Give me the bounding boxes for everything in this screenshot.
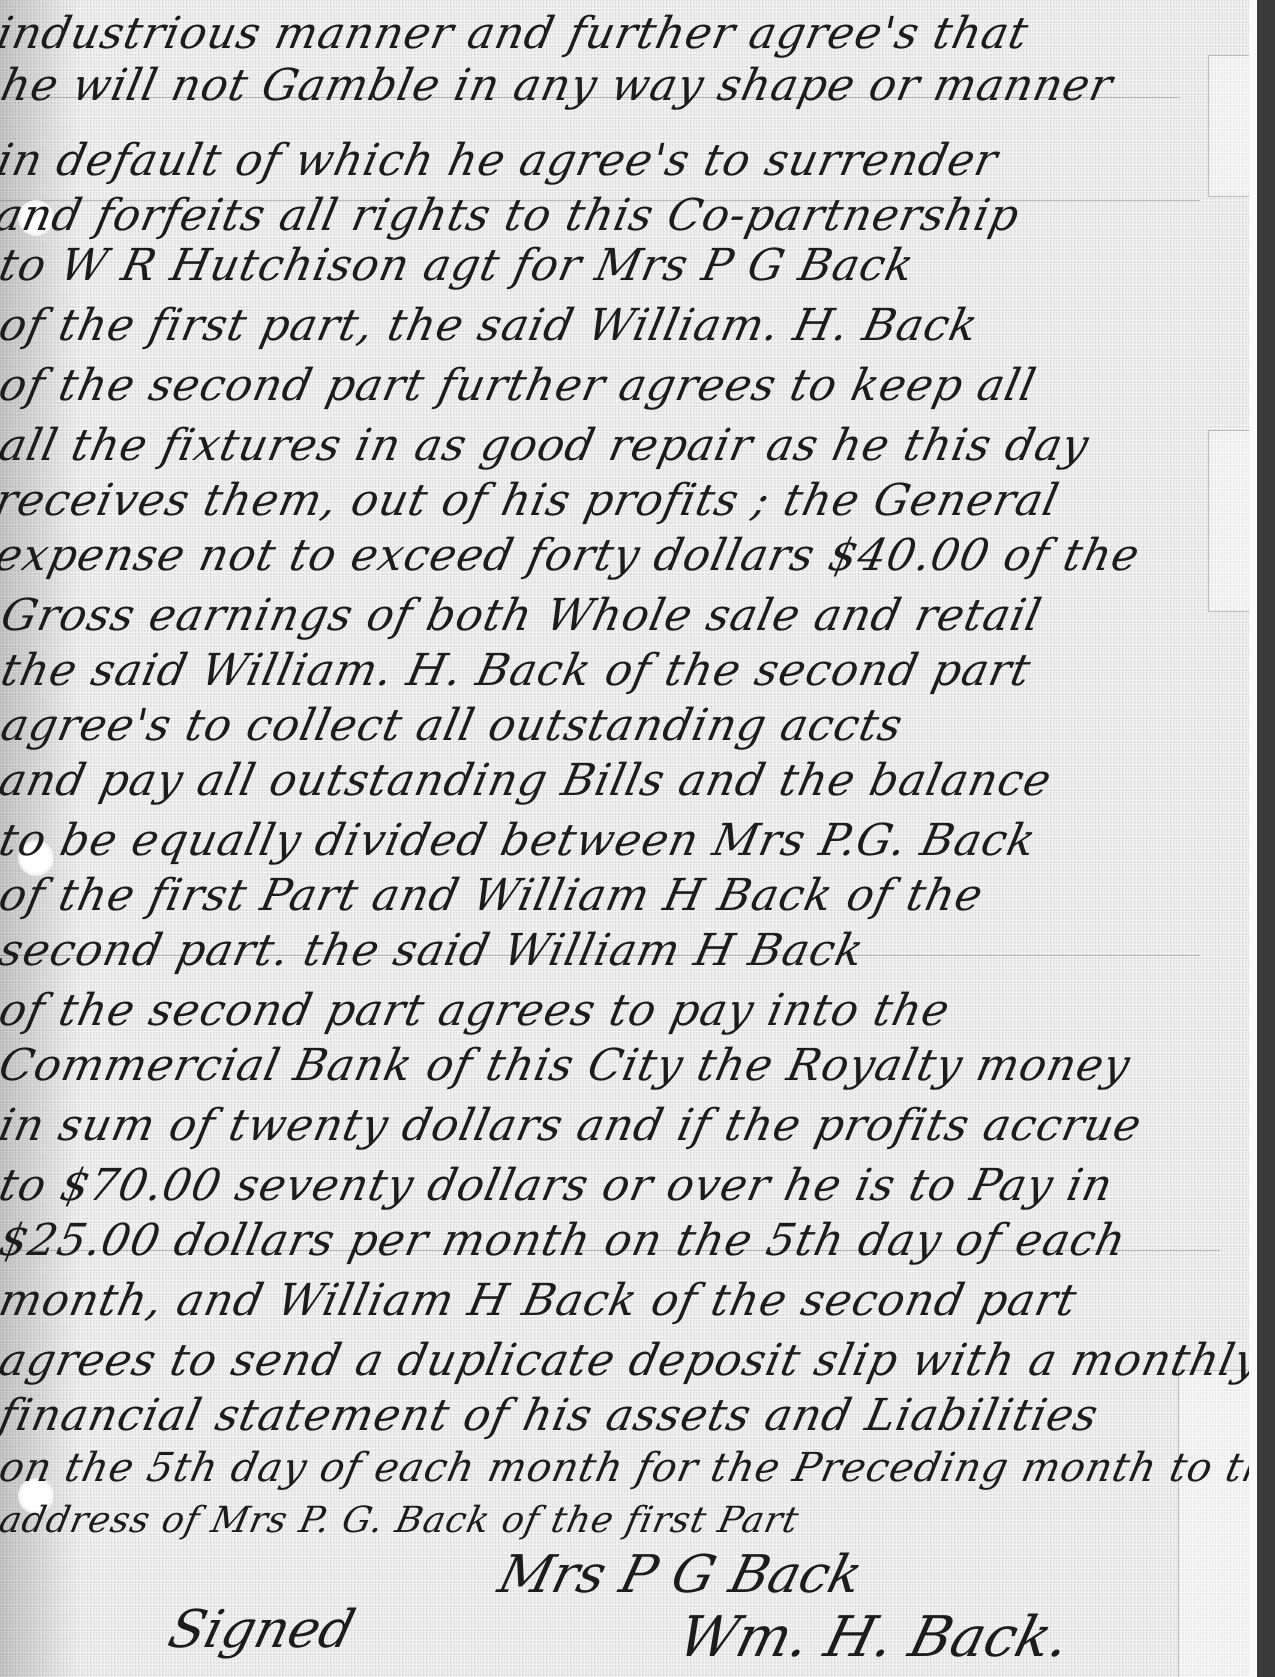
form-box-outline [1208, 55, 1249, 197]
text-line: to be equally divided between Mrs P.G. B… [0, 815, 1041, 866]
text-line: to $70.00 seventy dollars or over he is … [0, 1160, 1118, 1211]
text-line: Gross earnings of both Whole sale and re… [0, 590, 1046, 641]
text-line: all the fixtures in as good repair as he… [0, 420, 1094, 471]
text-line: the said William. H. Back of the second … [0, 645, 1036, 696]
text-line: in default of which he agree's to surren… [0, 135, 1003, 186]
text-line: second part. the said William H Back [0, 925, 869, 976]
text-line: of the first part, the said William. H. … [0, 300, 983, 351]
text-line: of the second part agrees to pay into th… [0, 985, 955, 1036]
scanned-document-page: industrious manner and further agree's t… [0, 0, 1275, 1677]
text-line: agrees to send a duplicate deposit slip … [0, 1335, 1266, 1386]
signature-wm-h-back: Wm. H. Back. [672, 1605, 1077, 1670]
form-box-outline [1208, 430, 1249, 612]
text-line: and pay all outstanding Bills and the ba… [0, 755, 1056, 806]
text-line: agree's to collect all outstanding accts [0, 700, 908, 751]
text-line: industrious manner and further agree's t… [0, 8, 1033, 59]
form-box-outline [1178, 1370, 1249, 1677]
text-line: receives them, out of his profits ; the … [0, 475, 1064, 526]
text-line: of the second part further agrees to kee… [0, 360, 1041, 411]
text-line: financial statement of his assets and Li… [0, 1390, 1103, 1441]
text-line: and forfeits all rights to this Co-partn… [0, 190, 1024, 241]
text-line: address of Mrs P. G. Back of the first P… [0, 1500, 803, 1541]
page-margin [1249, 0, 1257, 1677]
text-line: on the 5th day of each month for the Pre… [0, 1445, 1275, 1491]
text-line: he will not Gamble in any way shape or m… [0, 60, 1118, 111]
text-line: to W R Hutchison agt for Mrs P G Back [0, 240, 919, 291]
signature-mrs-p-g-back: Mrs P G Back [493, 1545, 869, 1605]
text-line: expense not to exceed forty dollars $40.… [0, 530, 1145, 581]
text-line: in sum of twenty dollars and if the prof… [0, 1100, 1146, 1151]
text-line: Commercial Bank of this City the Royalty… [0, 1040, 1135, 1091]
text-line: month, and William H Back of the second … [0, 1275, 1082, 1326]
text-line: $25.00 dollars per month on the 5th day … [0, 1215, 1131, 1266]
text-line: of the first Part and William H Back of … [0, 870, 988, 921]
scan-edge-border [1257, 0, 1275, 1677]
signed-label: Signed [163, 1600, 361, 1660]
